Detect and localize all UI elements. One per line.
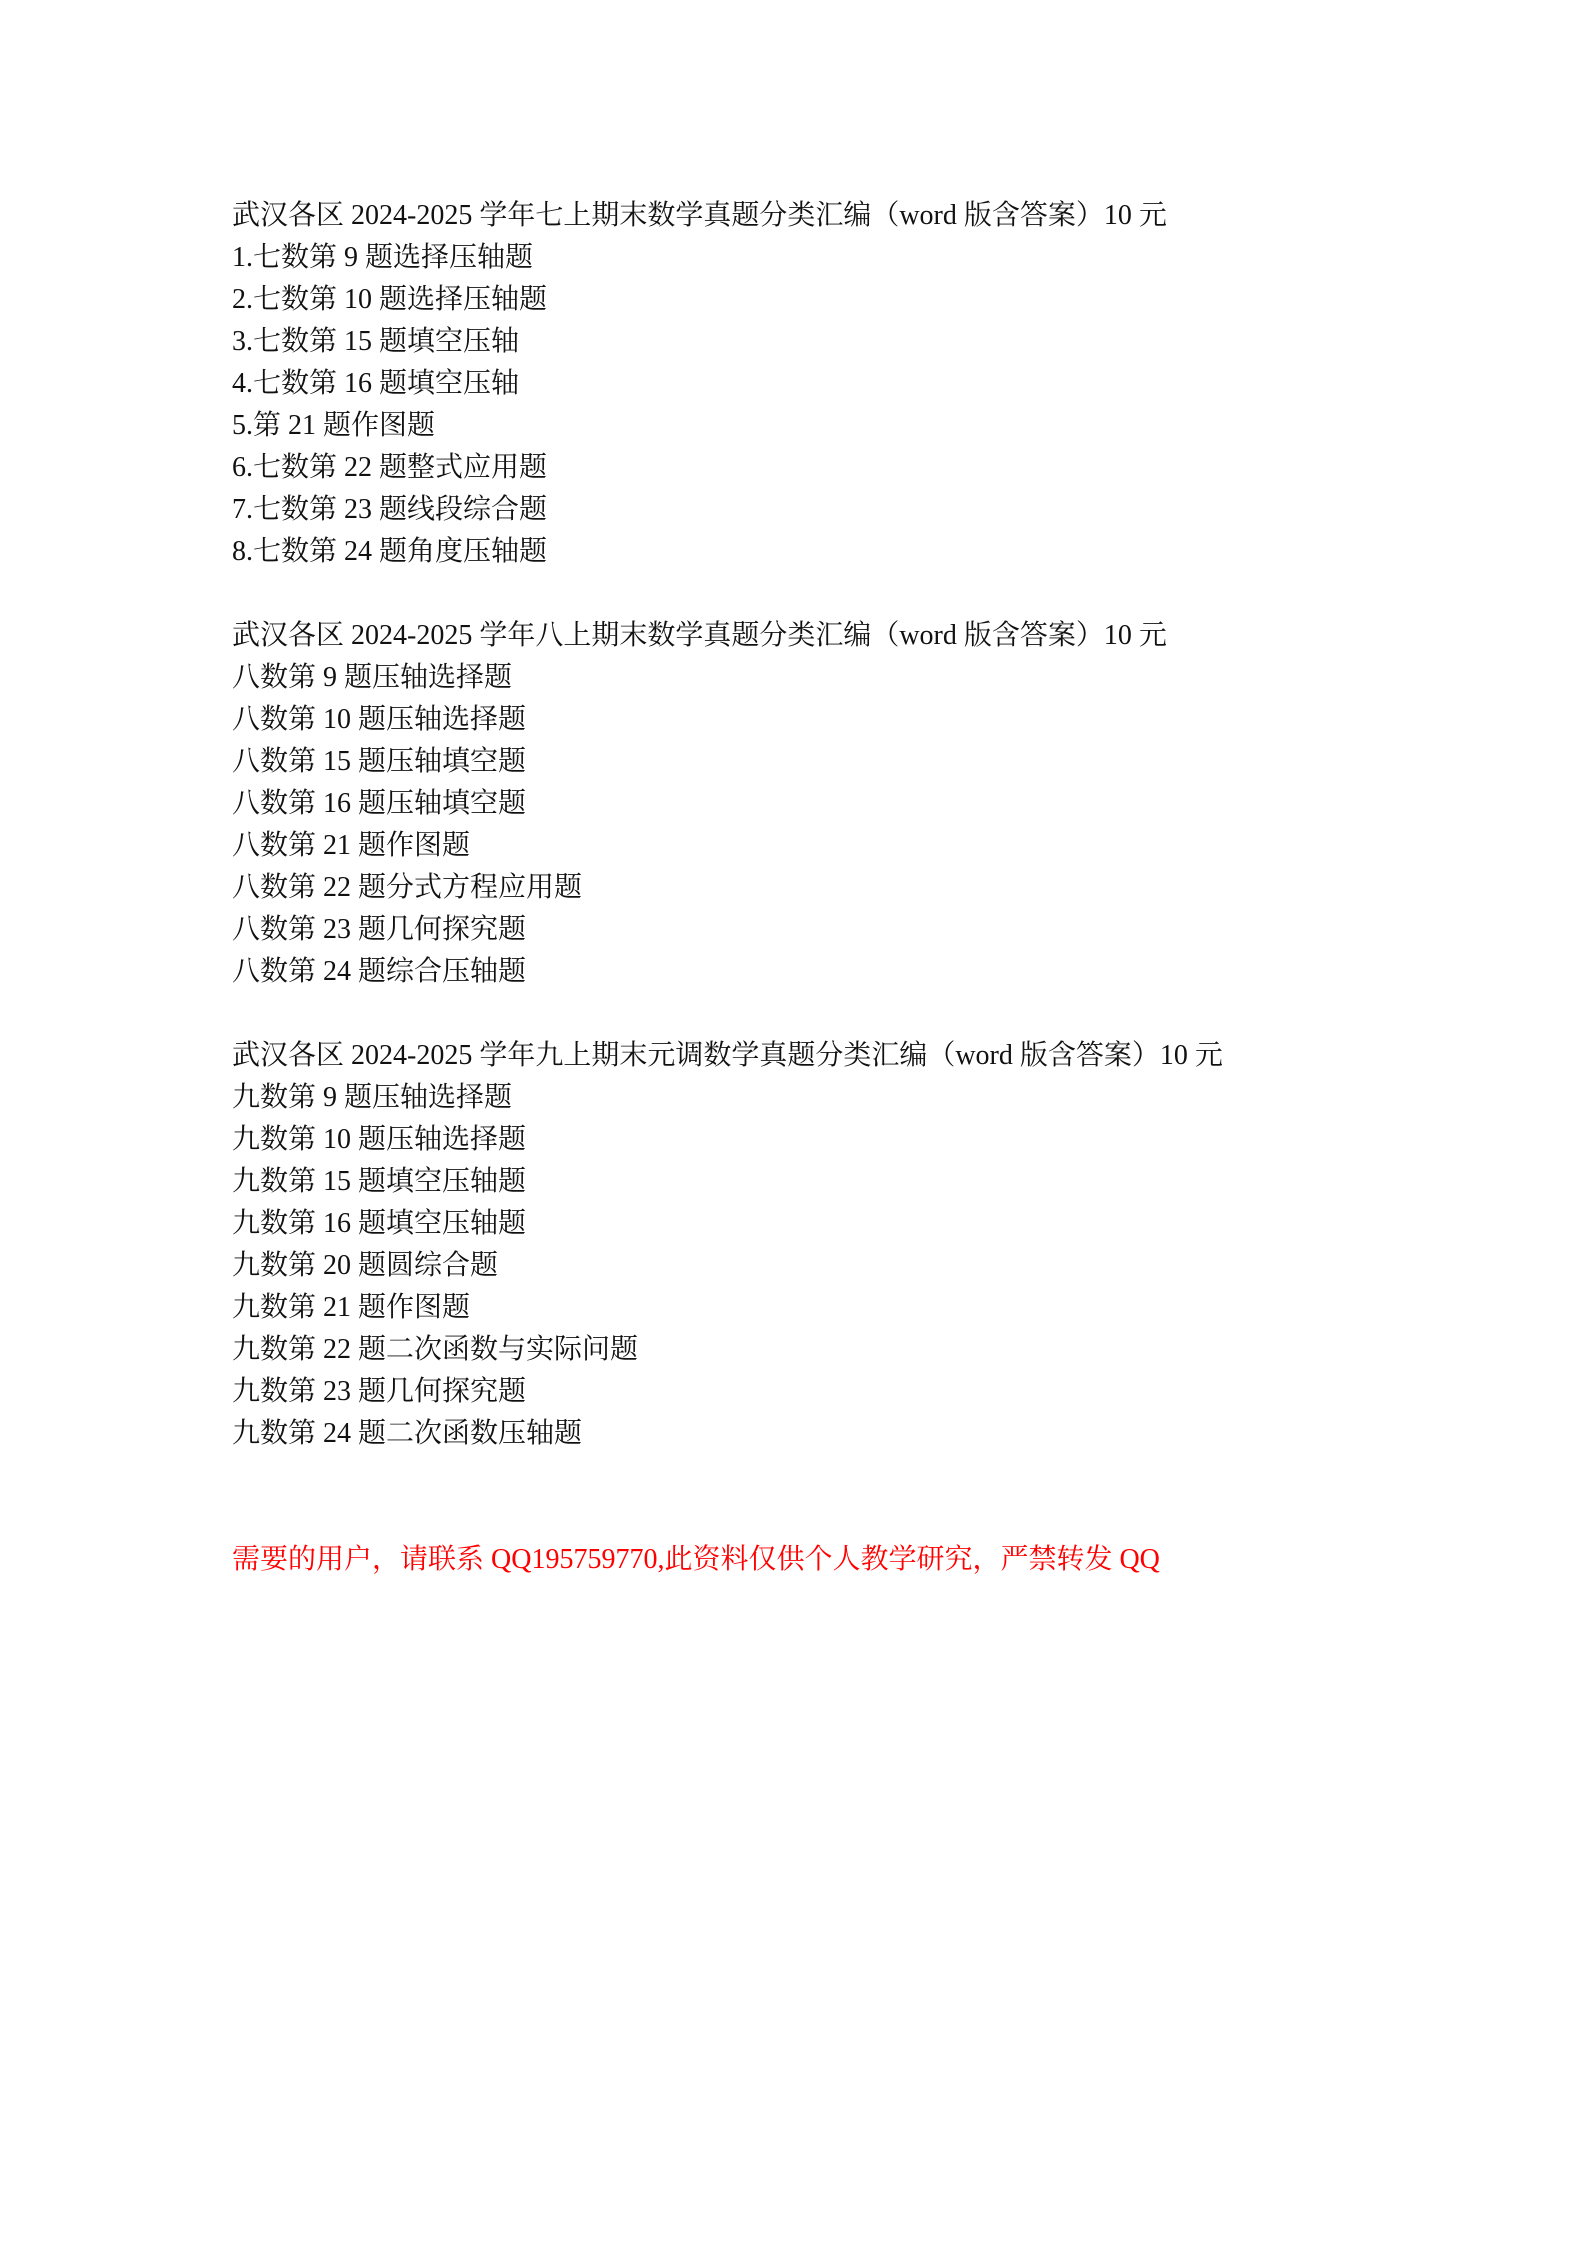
list-item: 九数第 23 题几何探究题 [232,1371,1506,1413]
section-header: 武汉各区 2024-2025 学年九上期末元调数学真题分类汇编（word 版含答… [232,1035,1506,1077]
list-item: 九数第 22 题二次函数与实际问题 [232,1329,1506,1371]
list-item: 八数第 15 题压轴填空题 [232,741,1506,783]
list-item: 1.七数第 9 题选择压轴题 [232,237,1506,279]
list-item: 8.七数第 24 题角度压轴题 [232,531,1506,573]
section-grade8: 武汉各区 2024-2025 学年八上期末数学真题分类汇编（word 版含答案）… [232,615,1506,993]
list-item: 九数第 15 题填空压轴题 [232,1161,1506,1203]
list-item: 3.七数第 15 题填空压轴 [232,321,1506,363]
list-item: 八数第 23 题几何探究题 [232,909,1506,951]
list-item: 八数第 24 题综合压轴题 [232,951,1506,993]
list-item: 九数第 9 题压轴选择题 [232,1077,1506,1119]
list-item: 6.七数第 22 题整式应用题 [232,447,1506,489]
list-item: 八数第 22 题分式方程应用题 [232,867,1506,909]
section-grade9: 武汉各区 2024-2025 学年九上期末元调数学真题分类汇编（word 版含答… [232,1035,1506,1455]
list-item: 九数第 24 题二次函数压轴题 [232,1413,1506,1455]
list-item: 九数第 20 题圆综合题 [232,1245,1506,1287]
section-header: 武汉各区 2024-2025 学年七上期末数学真题分类汇编（word 版含答案）… [232,195,1506,237]
list-item: 九数第 21 题作图题 [232,1287,1506,1329]
document-content: 武汉各区 2024-2025 学年七上期末数学真题分类汇编（word 版含答案）… [0,0,1586,1581]
section-grade7: 武汉各区 2024-2025 学年七上期末数学真题分类汇编（word 版含答案）… [232,195,1506,573]
list-item: 九数第 10 题压轴选择题 [232,1119,1506,1161]
list-item: 2.七数第 10 题选择压轴题 [232,279,1506,321]
list-item: 5.第 21 题作图题 [232,405,1506,447]
document-page: 武汉各区 2024-2025 学年七上期末数学真题分类汇编（word 版含答案）… [0,0,1586,2244]
list-item: 7.七数第 23 题线段综合题 [232,489,1506,531]
list-item: 八数第 10 题压轴选择题 [232,699,1506,741]
list-item: 4.七数第 16 题填空压轴 [232,363,1506,405]
section-header: 武汉各区 2024-2025 学年八上期末数学真题分类汇编（word 版含答案）… [232,615,1506,657]
contact-notice: 需要的用户，请联系 QQ195759770,此资料仅供个人教学研究，严禁转发 Q… [232,1539,1506,1581]
list-item: 八数第 16 题压轴填空题 [232,783,1506,825]
list-item: 八数第 21 题作图题 [232,825,1506,867]
list-item: 九数第 16 题填空压轴题 [232,1203,1506,1245]
list-item: 八数第 9 题压轴选择题 [232,657,1506,699]
